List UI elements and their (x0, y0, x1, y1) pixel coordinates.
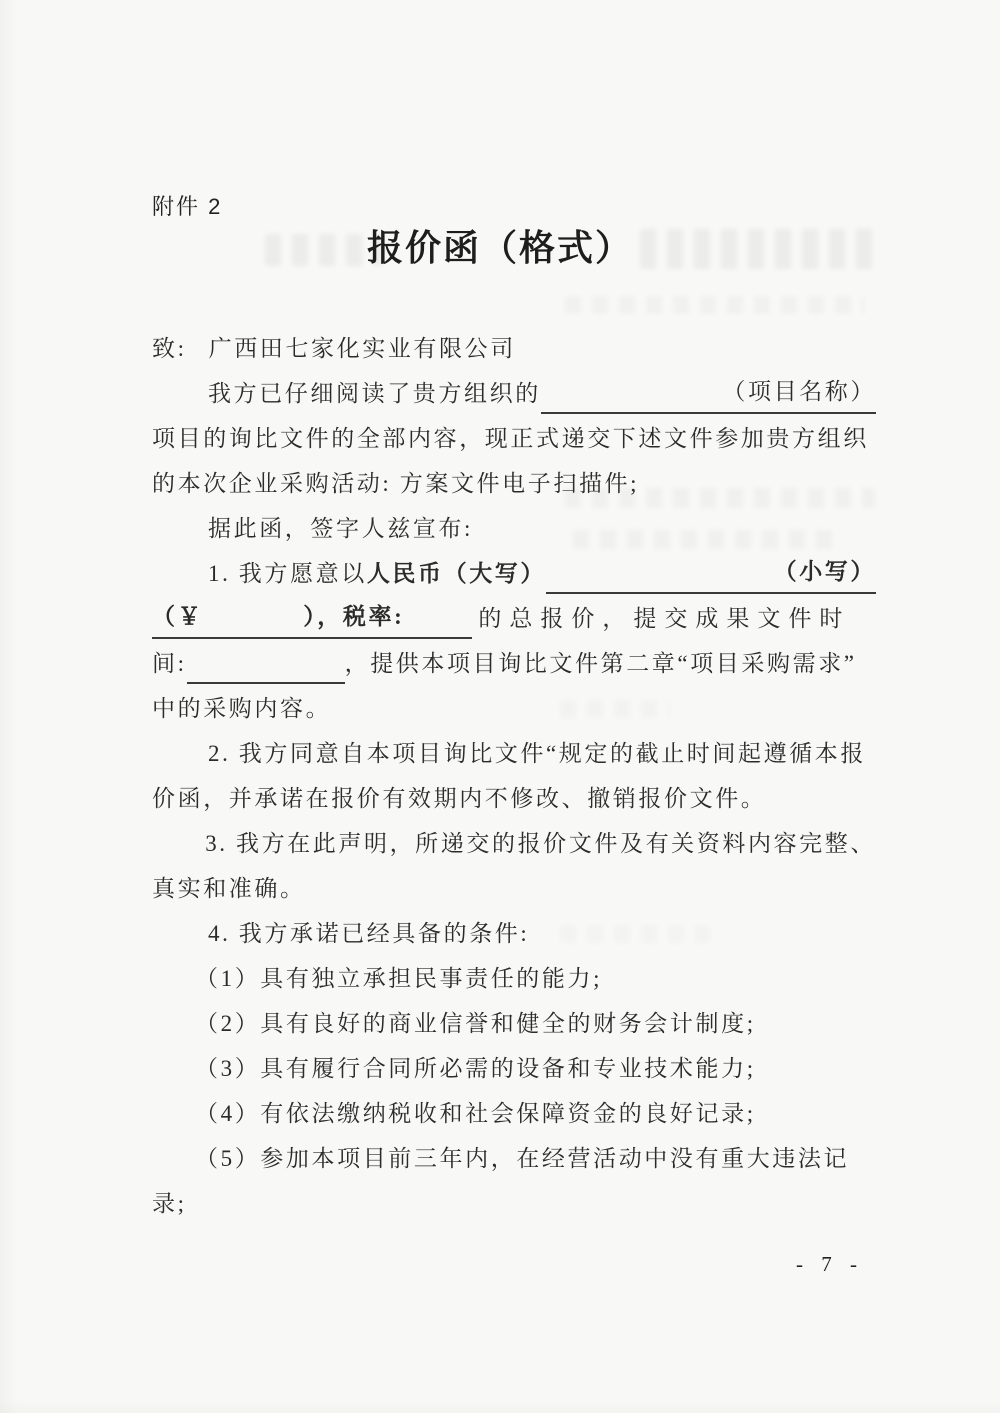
project-name-note: （项目名称） (722, 372, 876, 414)
page-number: - 7 - (796, 1252, 859, 1277)
paragraph1-text: 我方已仔细阅读了贵方组织的 (208, 374, 541, 414)
item3-line2: 真实和准确。 (152, 864, 876, 909)
item3-line1: 3. 我方在此声明，所递交的报价文件及有关资料内容完整、 (152, 819, 876, 864)
condition-line-continuation: 录; (152, 1179, 876, 1224)
item1-line4: 中的采购内容。 (152, 684, 876, 729)
item4-text: 4. 我方承诺已经具备的条件: (208, 914, 529, 954)
condition-1-text: （1）具有独立承担民事责任的能力; (195, 959, 602, 999)
item4-heading: 4. 我方承诺已经具备的条件: (152, 909, 876, 954)
paragraph1-line2: 项目的询比文件的全部内容，现正式递交下述文件参加贵方组织 (152, 414, 876, 459)
condition-5-text: （5）参加本项目前三年内，在经营活动中没有重大违法记 (195, 1139, 849, 1179)
item3-text: 真实和准确。 (152, 869, 306, 909)
condition-5-continuation-text: 录; (152, 1184, 187, 1224)
item2-text: 2. 我方同意自本项目询比文件“规定的截止时间起遵循本报 (208, 734, 866, 774)
item1-text: 中的采购内容。 (152, 689, 331, 729)
item3-text: 3. 我方在此声明，所递交的报价文件及有关资料内容完整、 (205, 824, 876, 864)
paragraph2: 据此函，签字人兹宣布: (152, 504, 876, 549)
paragraph1-text: 项目的询比文件的全部内容，现正式递交下述文件参加贵方组织 (152, 419, 869, 459)
attachment-label: 附件 2 (152, 190, 222, 221)
paragraph2-text: 据此函，签字人兹宣布: (208, 509, 473, 549)
condition-line: （4）有依法缴纳税收和社会保障资金的良好记录; (152, 1089, 876, 1134)
item2-line1: 2. 我方同意自本项目询比文件“规定的截止时间起遵循本报 (152, 729, 876, 774)
item1-text: ，提供本项目询比文件第二章“项目采购需求” (345, 644, 857, 684)
item1-text: 1. 我方愿意以 (208, 554, 367, 594)
delivery-time-blank (187, 642, 345, 684)
paragraph1-line3: 的本次企业采购活动: 方案文件电子扫描件; (152, 459, 876, 504)
recipient-company: 广西田七家化实业有限公司 (209, 329, 516, 369)
showthrough-artifact (565, 296, 865, 314)
condition-line: （2）具有良好的商业信誉和健全的财务会计制度; (152, 999, 876, 1044)
item1-bold-tax-rate-label: ），税率: (303, 597, 404, 639)
item1-text: 的总报价，提交成果文件时 (478, 599, 850, 639)
condition-3-text: （3）具有履行合同所必需的设备和专业技术能力; (195, 1049, 756, 1089)
item1-line3: 间: ，提供本项目询比文件第二章“项目采购需求” (152, 639, 876, 684)
condition-line: （3）具有履行合同所必需的设备和专业技术能力; (152, 1044, 876, 1089)
item1-line2: （￥ ），税率: 的总报价，提交成果文件时 (152, 594, 876, 639)
recipient-line: 致: 广西田七家化实业有限公司 (152, 324, 876, 369)
paragraph1-text: 的本次企业采购活动: 方案文件电子扫描件; (152, 464, 639, 504)
item1-line1: 1. 我方愿意以 人民币（大写） （小写） (152, 549, 876, 594)
item1-bold-rmb-daxie: 人民币（大写） (367, 554, 546, 594)
scanned-document-page: 附件 2 报价函（格式） 致: 广西田七家化实业有限公司 我方已仔细阅读了贵方组… (0, 0, 1000, 1413)
tax-rate-blank (404, 597, 472, 639)
project-name-blank (541, 372, 723, 414)
amount-in-words-blank (546, 552, 774, 594)
recipient-label: 致: (152, 329, 187, 369)
paragraph1-line1: 我方已仔细阅读了贵方组织的 （项目名称） (152, 369, 876, 414)
amount-in-figures-blank (203, 597, 303, 639)
condition-2-text: （2）具有良好的商业信誉和健全的财务会计制度; (195, 1004, 756, 1044)
condition-4-text: （4）有依法缴纳税收和社会保障资金的良好记录; (195, 1094, 756, 1134)
condition-line: （5）参加本项目前三年内，在经营活动中没有重大违法记 (152, 1134, 876, 1179)
item1-bold-xiaoxie: （小写） (774, 552, 876, 594)
document-body: 致: 广西田七家化实业有限公司 我方已仔细阅读了贵方组织的 （项目名称） 项目的… (152, 324, 876, 1224)
condition-line: （1）具有独立承担民事责任的能力; (152, 954, 876, 999)
document-title: 报价函（格式） (0, 220, 1000, 271)
delivery-time-label: 间: (152, 644, 187, 684)
item2-line2: 价函，并承诺在报价有效期内不修改、撤销报价文件。 (152, 774, 876, 819)
item1-bold-yen-open: （￥ (152, 597, 203, 639)
item2-text: 价函，并承诺在报价有效期内不修改、撤销报价文件。 (152, 779, 766, 819)
